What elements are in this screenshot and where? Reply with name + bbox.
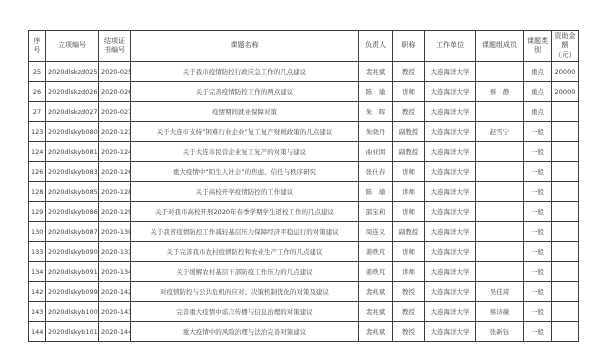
- table-row: 1332020dlskyb0902020-133关于完善我市农村疫情防控和农业生…: [29, 242, 579, 262]
- cell-rank: 教授: [393, 62, 425, 82]
- page-root: 序号 立项编号 结项证书编号 课题名称 负责人 职称 工作单位 课题组成员 课题…: [0, 0, 600, 360]
- cell-cert-no: 2020-129: [99, 202, 131, 222]
- cell-project-no: 2020dlskyb091: [46, 262, 99, 282]
- table-row: 1232020dlskyb0802020-123关于大连市支持“困难行业企业”复…: [29, 122, 579, 142]
- cell-cert-no: 2020-144: [99, 322, 131, 342]
- cell-title: 重大疫情中“陌生人社会”的焦虑、信任与秩序研究: [131, 162, 359, 182]
- col-header-cert-no: 结项证书编号: [99, 31, 131, 62]
- cell-title: 重大疫情中的风险治理与法治完善对策建议: [131, 322, 359, 342]
- cell-members: 蔡诗薇: [476, 302, 524, 322]
- cell-project-no: 2020dlskzd027: [46, 102, 99, 122]
- cell-amount: [552, 162, 579, 182]
- col-header-leader: 负责人: [359, 31, 393, 62]
- cell-org: 大连海洋大学: [425, 222, 476, 242]
- cell-project-no: 2020dlskyb090: [46, 242, 99, 262]
- cell-org: 大连海洋大学: [425, 262, 476, 282]
- cell-org: 大连海洋大学: [425, 202, 476, 222]
- cell-org: 大连海洋大学: [425, 102, 476, 122]
- cell-members: 蔡 静: [476, 82, 524, 102]
- cell-members: 吴佳琦: [476, 282, 524, 302]
- cell-rank: 讲师: [393, 162, 425, 182]
- cell-project-no: 2020dlskzd026: [46, 82, 99, 102]
- cell-category: 一般: [524, 162, 552, 182]
- cell-seq: 124: [29, 142, 46, 162]
- cell-seq: 144: [29, 322, 46, 342]
- cell-category: 一般: [524, 242, 552, 262]
- table-row: 1432020dlskyb1002020-143完善重大疫情中谣言传播与信息治理…: [29, 302, 579, 322]
- cell-cert-no: 2020-025: [99, 62, 131, 82]
- cell-title: 关于大连市民营企业复工复产的对策与建议: [131, 142, 359, 162]
- col-header-title: 课题名称: [131, 31, 359, 62]
- cell-category: 一般: [524, 302, 552, 322]
- cell-category: 一般: [524, 222, 552, 242]
- cell-amount: [552, 142, 579, 162]
- cell-amount: [552, 302, 579, 322]
- col-header-rank: 职称: [393, 31, 425, 62]
- cell-org: 大连海洋大学: [425, 242, 476, 262]
- cell-seq: 143: [29, 302, 46, 322]
- table-row: 1292020dlskyb0862020-129关于对我市高校开展2020年春季…: [29, 202, 579, 222]
- cell-rank: 讲师: [393, 262, 425, 282]
- cell-title: 完善重大疫情中谣言传播与信息治理的对策建议: [131, 302, 359, 322]
- cell-members: [476, 162, 524, 182]
- cell-amount: [552, 122, 579, 142]
- cell-category: 一般: [524, 182, 552, 202]
- cell-members: [476, 222, 524, 242]
- cell-leader: 朱晓丹: [359, 122, 393, 142]
- cell-rank: 教授: [393, 302, 425, 322]
- cell-leader: 姜昳芃: [359, 262, 393, 282]
- cell-cert-no: 2020-128: [99, 182, 131, 202]
- table-row: 1262020dlskyb0832020-126重大疫情中“陌生人社会”的焦虑、…: [29, 162, 579, 182]
- cell-members: 张新钰: [476, 322, 524, 342]
- cell-amount: [552, 182, 579, 202]
- cell-seq: 129: [29, 202, 46, 222]
- cell-project-no: 2020dlskzd025: [46, 62, 99, 82]
- cell-seq: 26: [29, 82, 46, 102]
- cell-category: 一般: [524, 262, 552, 282]
- cell-members: [476, 62, 524, 82]
- cell-org: 大连海洋大学: [425, 62, 476, 82]
- cell-cert-no: 2020-133: [99, 242, 131, 262]
- table-row: 1422020dlskyb0992020-142对疫情防控与公共危机的应对、决策…: [29, 282, 579, 302]
- cell-project-no: 2020dlskyb086: [46, 202, 99, 222]
- cell-seq: 128: [29, 182, 46, 202]
- col-header-members: 课题组成员: [476, 31, 524, 62]
- cell-leader: 邵宝莉: [359, 202, 393, 222]
- cell-org: 大连海洋大学: [425, 142, 476, 162]
- cell-seq: 134: [29, 262, 46, 282]
- cell-project-no: 2020dlskyb100: [46, 302, 99, 322]
- cell-leader: 裴兆斌: [359, 282, 393, 302]
- cell-seq: 133: [29, 242, 46, 262]
- cell-category: 重点: [524, 102, 552, 122]
- cell-cert-no: 2020-027: [99, 102, 131, 122]
- cell-category: 一般: [524, 202, 552, 222]
- cell-project-no: 2020dlskyb101: [46, 322, 99, 342]
- project-results-table: 序号 立项编号 结项证书编号 课题名称 负责人 职称 工作单位 课题组成员 课题…: [28, 30, 579, 342]
- cell-org: 大连海洋大学: [425, 182, 476, 202]
- col-header-amount: 资助金额（元）: [552, 31, 579, 62]
- cell-rank: 讲师: [393, 242, 425, 262]
- cell-amount: 20000: [552, 82, 579, 102]
- cell-members: [476, 242, 524, 262]
- cell-rank: 讲师: [393, 82, 425, 102]
- cell-org: 大连海洋大学: [425, 82, 476, 102]
- cell-cert-no: 2020-123: [99, 122, 131, 142]
- cell-seq: 142: [29, 282, 46, 302]
- cell-leader: 周连义: [359, 222, 393, 242]
- table-header: 序号 立项编号 结项证书编号 课题名称 负责人 职称 工作单位 课题组成员 课题…: [29, 31, 579, 62]
- cell-seq: 126: [29, 162, 46, 182]
- cell-category: 一般: [524, 322, 552, 342]
- cell-category: 一般: [524, 142, 552, 162]
- cell-rank: 教授: [393, 102, 425, 122]
- cell-cert-no: 2020-143: [99, 302, 131, 322]
- cell-project-no: 2020dlskyb080: [46, 122, 99, 142]
- cell-members: [476, 202, 524, 222]
- cell-cert-no: 2020-126: [99, 162, 131, 182]
- cell-title: 疫情期间就业保障对策: [131, 102, 359, 122]
- cell-amount: [552, 322, 579, 342]
- cell-category: 一般: [524, 122, 552, 142]
- cell-seq: 130: [29, 222, 46, 242]
- table-row: 1342020dlskyb0912020-134关于缓解农村基层干部防疫工作压力…: [29, 262, 579, 282]
- table-row: 252020dlskzd0252020-025关于我市疫情防控行政应急工作的几点…: [29, 62, 579, 82]
- cell-title: 关于我省疫情防控工作减轻基层压力保障经济平稳运行的对策建议: [131, 222, 359, 242]
- table-row: 262020dlskzd0262020-026关于完善疫情防控工作的两点建议陈 …: [29, 82, 579, 102]
- cell-leader: 姜昳芃: [359, 242, 393, 262]
- cell-project-no: 2020dlskyb099: [46, 282, 99, 302]
- cell-members: [476, 182, 524, 202]
- cell-amount: [552, 282, 579, 302]
- cell-project-no: 2020dlskyb081: [46, 142, 99, 162]
- cell-title: 关于我市疫情防控行政应急工作的几点建议: [131, 62, 359, 82]
- cell-amount: [552, 222, 579, 242]
- cell-rank: 教授: [393, 322, 425, 342]
- cell-leader: 裴兆斌: [359, 322, 393, 342]
- cell-leader: 陈 瑜: [359, 82, 393, 102]
- cell-leader: 张仕春: [359, 162, 393, 182]
- table-body: 252020dlskzd0252020-025关于我市疫情防控行政应急工作的几点…: [29, 62, 579, 342]
- cell-cert-no: 2020-130: [99, 222, 131, 242]
- cell-leader: 裴兆斌: [359, 62, 393, 82]
- col-header-seq: 序号: [29, 31, 46, 62]
- col-header-project-no: 立项编号: [46, 31, 99, 62]
- cell-cert-no: 2020-134: [99, 262, 131, 282]
- cell-title: 对疫情防控与公共危机的应对、决策机制优化的对策及建议: [131, 282, 359, 302]
- cell-rank: 讲师: [393, 202, 425, 222]
- cell-project-no: 2020dlskyb087: [46, 222, 99, 242]
- cell-amount: [552, 102, 579, 122]
- cell-org: 大连海洋大学: [425, 322, 476, 342]
- cell-amount: [552, 262, 579, 282]
- cell-project-no: 2020dlskyb083: [46, 162, 99, 182]
- cell-seq: 27: [29, 102, 46, 122]
- cell-leader: 朱 晖: [359, 102, 393, 122]
- header-row: 序号 立项编号 结项证书编号 课题名称 负责人 职称 工作单位 课题组成员 课题…: [29, 31, 579, 62]
- cell-amount: 20000: [552, 62, 579, 82]
- col-header-category: 课题类别: [524, 31, 552, 62]
- table-row: 1282020dlskyb0852020-128关于高校开学疫情防控的工作建议陈…: [29, 182, 579, 202]
- cell-leader: 曲亚囡: [359, 142, 393, 162]
- cell-leader: 裴兆斌: [359, 302, 393, 322]
- cell-cert-no: 2020-026: [99, 82, 131, 102]
- cell-project-no: 2020dlskyb085: [46, 182, 99, 202]
- cell-members: [476, 262, 524, 282]
- cell-title: 关于高校开学疫情防控的工作建议: [131, 182, 359, 202]
- cell-title: 关于缓解农村基层干部防疫工作压力的几点建议: [131, 262, 359, 282]
- cell-title: 关于完善疫情防控工作的两点建议: [131, 82, 359, 102]
- cell-cert-no: 2020-124: [99, 142, 131, 162]
- cell-title: 关于大连市支持“困难行业企业”复工复产财税政策的几点建议: [131, 122, 359, 142]
- cell-members: [476, 102, 524, 122]
- table-row: 1302020dlskyb0872020-130关于我省疫情防控工作减轻基层压力…: [29, 222, 579, 242]
- cell-title: 关于完善我市农村疫情防控和农业生产工作的几点建议: [131, 242, 359, 262]
- table-row: 1242020dlskyb0812020-124关于大连市民营企业复工复产的对策…: [29, 142, 579, 162]
- cell-title: 关于对我市高校开展2020年春季学期学生返校工作的几点建议: [131, 202, 359, 222]
- cell-amount: [552, 242, 579, 262]
- cell-rank: 副教授: [393, 222, 425, 242]
- table-row: 1442020dlskyb1012020-144重大疫情中的风险治理与法治完善对…: [29, 322, 579, 342]
- cell-cert-no: 2020-142: [99, 282, 131, 302]
- cell-org: 大连海洋大学: [425, 302, 476, 322]
- cell-category: 重点: [524, 62, 552, 82]
- cell-org: 大连海洋大学: [425, 282, 476, 302]
- cell-org: 大连海洋大学: [425, 162, 476, 182]
- cell-category: 一般: [524, 282, 552, 302]
- cell-members: 赵雪宁: [476, 122, 524, 142]
- cell-rank: 讲师: [393, 182, 425, 202]
- cell-rank: 副教授: [393, 122, 425, 142]
- col-header-org: 工作单位: [425, 31, 476, 62]
- cell-amount: [552, 202, 579, 222]
- cell-rank: 副教授: [393, 142, 425, 162]
- cell-members: [476, 142, 524, 162]
- cell-category: 重点: [524, 82, 552, 102]
- table-row: 272020dlskzd0272020-027疫情期间就业保障对策朱 晖教授大连…: [29, 102, 579, 122]
- cell-rank: 教授: [393, 282, 425, 302]
- cell-leader: 陈 瑜: [359, 182, 393, 202]
- cell-org: 大连海洋大学: [425, 122, 476, 142]
- cell-seq: 123: [29, 122, 46, 142]
- cell-seq: 25: [29, 62, 46, 82]
